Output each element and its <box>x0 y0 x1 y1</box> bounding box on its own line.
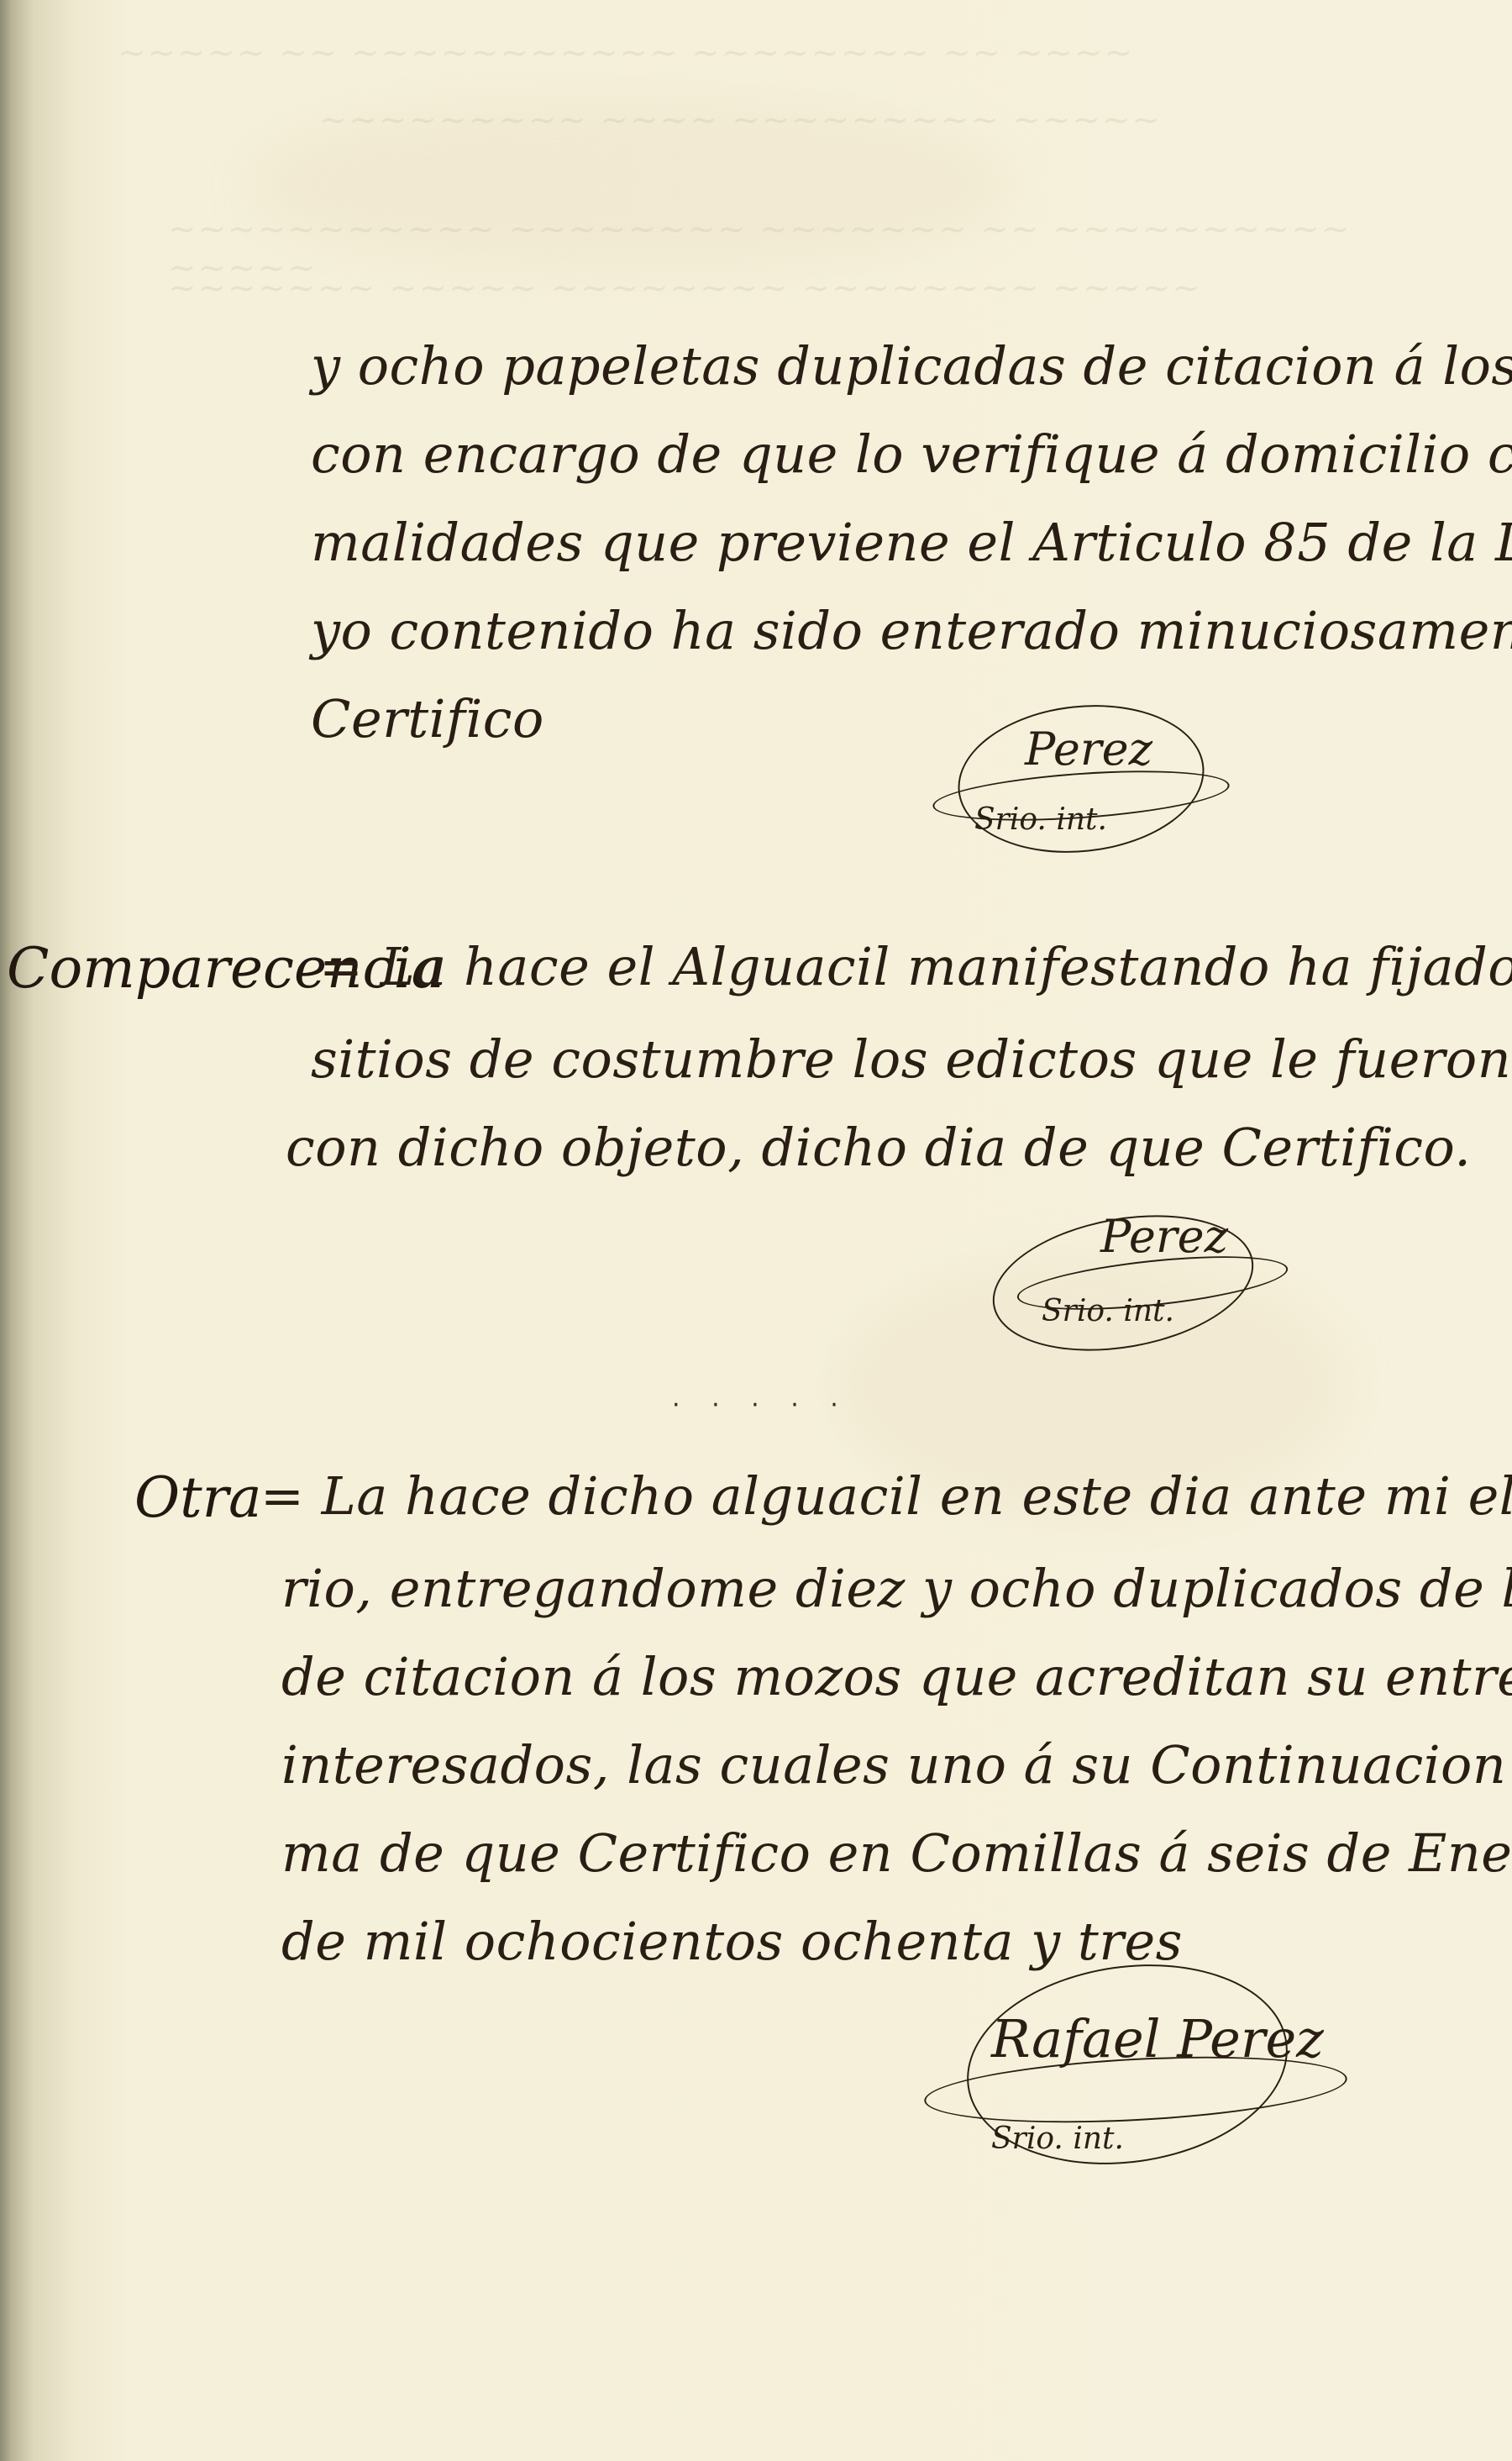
text-line: sitios de costumbre los edictos que le f… <box>311 1033 1512 1086</box>
text-line: = La hace el Alguacil manifestando ha fi… <box>319 941 1512 993</box>
text-line: de mil ochocientos ochenta y tres <box>281 1916 1183 1968</box>
signature-name: Perez <box>1100 1210 1228 1263</box>
bleed-through-text: ~~~~~~~~~ ~~~~ ~~~~~~~~~ ~~~~~ <box>319 101 1512 139</box>
text-line: = La hace dicho alguacil en este dia ant… <box>260 1470 1512 1522</box>
text-line: interesados, las cuales uno á su Continu… <box>281 1739 1512 1791</box>
text-line: malidades que previene el Articulo 85 de… <box>311 517 1512 569</box>
signature-name: Perez <box>1025 723 1152 776</box>
signature-rafael-perez: Rafael Perez Srio. int. <box>916 1966 1352 2168</box>
text-line: Certifico <box>311 693 544 745</box>
text-line: con dicho objeto, dicho dia de que Certi… <box>286 1122 1471 1174</box>
text-line: de citacion á los mozos que acreditan su… <box>281 1651 1512 1703</box>
signature-title: Srio. int. <box>974 802 1107 837</box>
signature-title: Srio. int. <box>1042 1294 1174 1328</box>
signature-perez-1: Perez Srio. int. <box>932 697 1235 849</box>
signature-perez-2: Perez Srio. int. <box>991 1202 1277 1344</box>
text-line: rio, entregandome diez y ocho duplicados… <box>281 1563 1512 1615</box>
text-line: con encargo de que lo verifique á domici… <box>311 429 1512 481</box>
text-line: ma de que Certifico en Comillas á seis d… <box>281 1827 1512 1880</box>
signature-title: Srio. int. <box>991 2122 1124 2156</box>
text-line: yo contenido ha sido enterado minuciosam… <box>311 605 1512 657</box>
bleed-through-text: ~~~~~~~ ~~~~~ ~~~~~~~~ ~~~~~~~~ ~~~~~ <box>168 269 1470 308</box>
signature-name: Rafael Perez <box>991 2008 1324 2069</box>
margin-label-otra: Otra <box>134 1470 262 1526</box>
bleed-through-text: ~~~~~ ~~ ~~~~~~~~~~~ ~~~~~~~~ ~~ ~~~~ <box>118 34 1420 72</box>
separator-dots: · · · · · <box>672 1391 850 1420</box>
text-line: y ocho papeletas duplicadas de citacion … <box>311 340 1512 392</box>
